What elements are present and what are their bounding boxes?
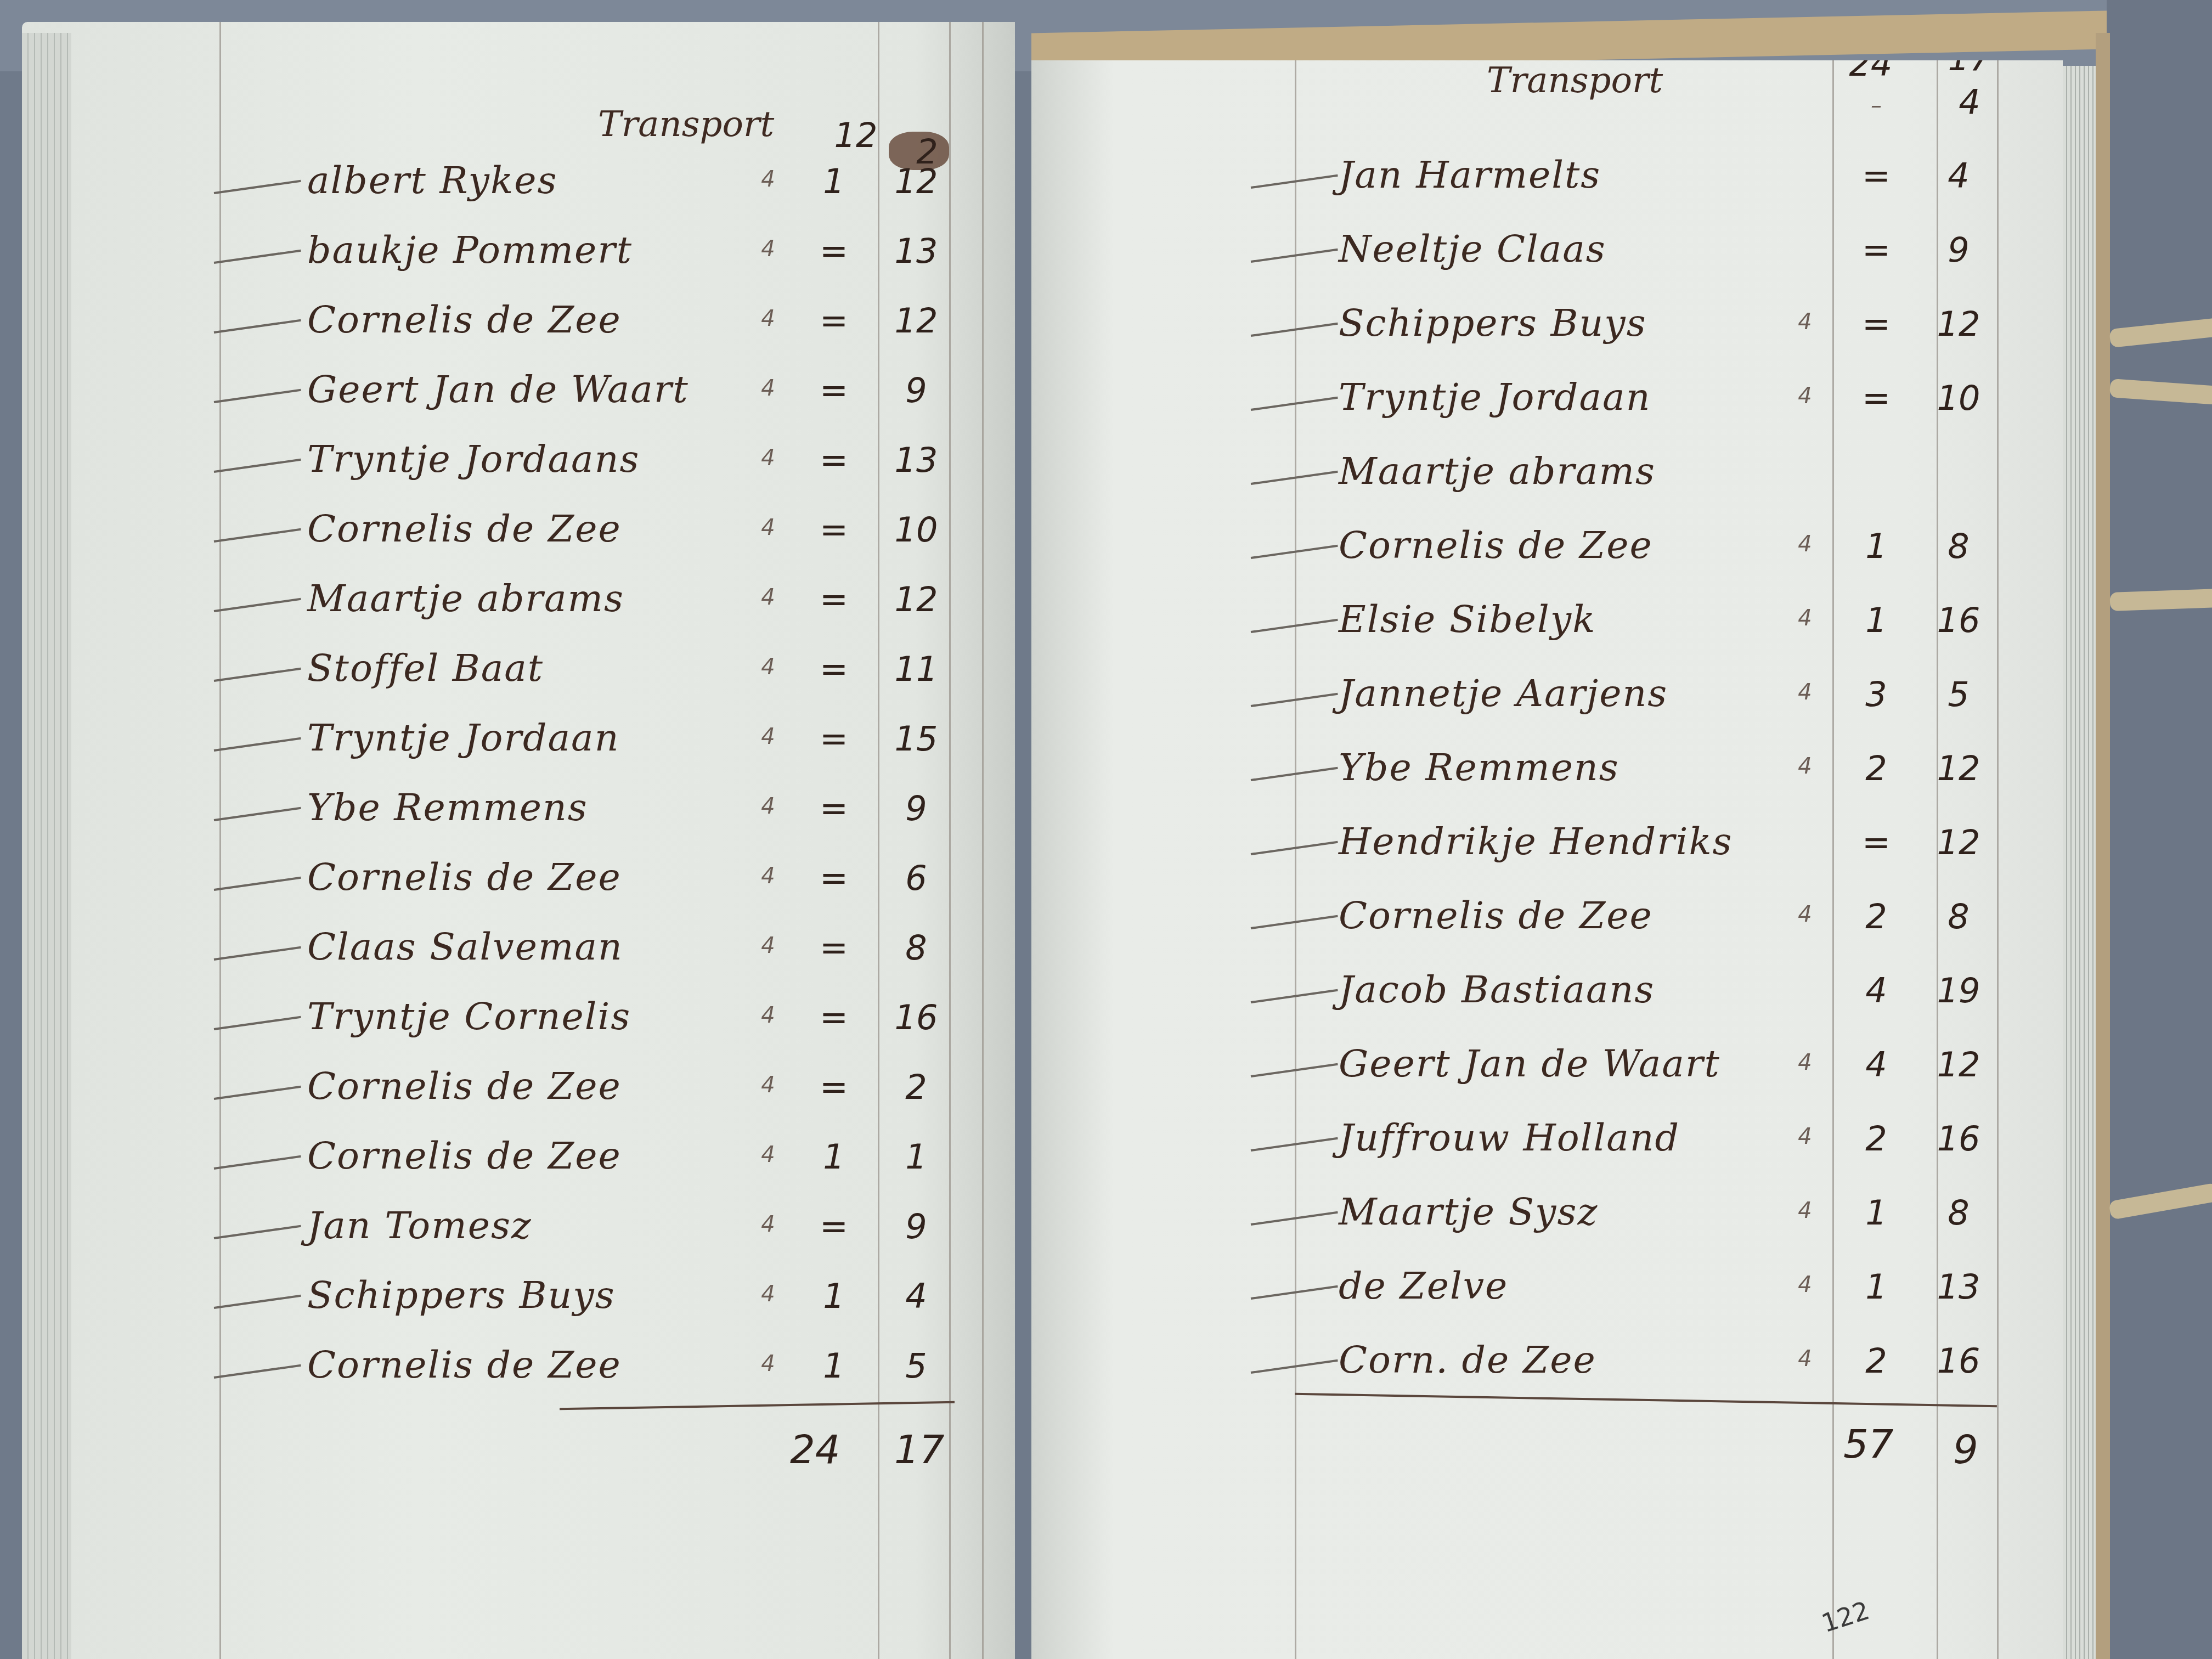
- entry-dash: [1251, 915, 1338, 929]
- entry-dash: [1251, 767, 1338, 781]
- entry-col-2: =: [1854, 230, 1898, 270]
- entry-name: Jan Harmelts: [1339, 154, 1601, 197]
- entry-col-2: =: [812, 928, 856, 968]
- ledger-entry: Ybe Remmens4212: [1031, 741, 2063, 801]
- entry-col-1: 4: [752, 1212, 785, 1237]
- entry-col-3: 15: [889, 719, 944, 759]
- entry-col-3: 12: [889, 161, 944, 201]
- entry-col-3: 16: [889, 997, 944, 1037]
- ledger-entry: Elsie Sibelyk4116: [1031, 592, 2063, 653]
- ledger-entry: Hendrikje Hendriks=12: [1031, 815, 2063, 875]
- entry-name: Maartje abrams: [1339, 450, 1656, 493]
- entry-col-1: 4: [752, 167, 785, 192]
- entry-dash: [1251, 1285, 1338, 1300]
- entry-col-3: 11: [889, 649, 944, 689]
- entry-dash: [1251, 989, 1338, 1003]
- entry-name: Tryntje Jordaan: [307, 716, 619, 760]
- entry-col-2: 4: [1854, 1045, 1898, 1085]
- ledger-entry: albert Rykes4112: [22, 154, 1015, 214]
- entry-col-2: 1: [812, 1346, 856, 1386]
- entry-name: Juffrouw Holland: [1339, 1116, 1680, 1160]
- entry-col-2: 2: [1854, 1341, 1898, 1381]
- entry-col-3: 12: [1931, 822, 1986, 862]
- entry-col-3: 16: [1931, 1341, 1986, 1381]
- entry-col-1: 4: [1788, 680, 1821, 705]
- entry-col-1: 4: [752, 515, 785, 540]
- entry-col-1: 4: [752, 864, 785, 889]
- entry-dash: [1251, 471, 1338, 485]
- right-page-stack: [2063, 66, 2096, 1659]
- entry-col-1: 4: [1788, 383, 1821, 409]
- ledger-entry: Cornelis de Zee411: [22, 1129, 1015, 1189]
- ledger-entry: de Zelve4113: [1031, 1259, 2063, 1319]
- ledger-entry: Jan Tomesz4=9: [22, 1199, 1015, 1259]
- ledger-entry: Neeltje Claas=9: [1031, 222, 2063, 283]
- entry-col-3: 13: [1931, 1267, 1986, 1307]
- entry-col-3: 12: [1931, 748, 1986, 788]
- ledger-entry: Cornelis de Zee418: [1031, 518, 2063, 579]
- right-header: Transport: [1487, 60, 1663, 101]
- right-header-amount-b: 17: [1942, 60, 1997, 78]
- entry-col-1: 4: [752, 933, 785, 958]
- entry-name: baukje Pommert: [307, 229, 633, 272]
- entry-col-3: 1: [889, 1137, 944, 1177]
- left-total-a: 24: [790, 1426, 840, 1472]
- entry-dash: [214, 459, 301, 473]
- entry-col-3: 6: [889, 858, 944, 898]
- entry-dash: [1251, 323, 1338, 337]
- entry-col-2: =: [812, 1067, 856, 1107]
- entry-dash: [214, 598, 301, 612]
- book-cover-edge: [2096, 33, 2110, 1659]
- ledger-entry: Maartje abrams4=12: [22, 572, 1015, 632]
- entry-col-2: 2: [1854, 748, 1898, 788]
- entry-col-1: 4: [1788, 1050, 1821, 1075]
- entry-col-1: 4: [1788, 1198, 1821, 1223]
- ledger-entry: Cornelis de Zee415: [22, 1338, 1015, 1398]
- entry-col-3: 9: [889, 1206, 944, 1246]
- entry-col-2: =: [812, 858, 856, 898]
- entry-name: Tryntje Jordaan: [1339, 376, 1651, 419]
- entry-name: Maartje abrams: [307, 577, 624, 620]
- entry-col-2: =: [812, 788, 856, 828]
- entry-name: Cornelis de Zee: [307, 856, 622, 899]
- entry-name: Maartje Sysz: [1339, 1190, 1598, 1234]
- entry-name: Corn. de Zee: [1339, 1339, 1596, 1382]
- entry-col-1: 4: [752, 1073, 785, 1098]
- entry-name: Geert Jan de Waart: [1339, 1042, 1720, 1086]
- ledger-entry: Maartje abrams: [1031, 444, 2063, 505]
- entry-col-3: 16: [1931, 1119, 1986, 1159]
- entry-dash: [214, 1016, 301, 1030]
- ledger-entry: Geert Jan de Waart4412: [1031, 1037, 2063, 1097]
- entry-col-2: 4: [1854, 970, 1898, 1011]
- background-right: [2107, 0, 2212, 1659]
- ledger-entry: Cornelis de Zee4=2: [22, 1059, 1015, 1120]
- entry-dash: [214, 1155, 301, 1170]
- entry-col-2: =: [812, 649, 856, 689]
- entry-col-3: 10: [1931, 378, 1986, 418]
- right-first-line-b: 4: [1942, 82, 1997, 122]
- entry-col-1: 4: [752, 1142, 785, 1167]
- entry-col-2: =: [812, 1206, 856, 1246]
- ledger-entry: Jan Harmelts=4: [1031, 148, 2063, 208]
- entry-col-1: 4: [752, 445, 785, 471]
- entry-col-3: 16: [1931, 600, 1986, 640]
- entry-col-2: =: [812, 510, 856, 550]
- entry-dash: [1251, 1137, 1338, 1152]
- entry-col-2: 2: [1854, 896, 1898, 936]
- entry-dash: [1251, 545, 1338, 559]
- entry-col-3: 8: [1931, 1193, 1986, 1233]
- entry-dash: [214, 1364, 301, 1379]
- entry-name: Schippers Buys: [1339, 302, 1647, 345]
- entry-col-3: 12: [889, 579, 944, 619]
- entry-col-1: 4: [1788, 309, 1821, 335]
- entry-col-2: =: [812, 579, 856, 619]
- entry-name: Cornelis de Zee: [1339, 894, 1653, 938]
- ledger-entry: Jacob Bastiaans419: [1031, 963, 2063, 1023]
- entry-col-1: 4: [1788, 754, 1821, 779]
- entry-dash: [1251, 619, 1338, 633]
- entry-col-2: 3: [1854, 674, 1898, 714]
- right-total-rule: [1295, 1393, 1997, 1407]
- entry-col-1: 4: [752, 585, 785, 610]
- entry-col-3: 9: [889, 788, 944, 828]
- entry-col-3: 13: [889, 440, 944, 480]
- entry-col-2: 1: [1854, 1267, 1898, 1307]
- entry-col-1: 4: [1788, 532, 1821, 557]
- entry-col-1: 4: [752, 1351, 785, 1376]
- entry-dash: [214, 319, 301, 334]
- entry-col-1: 4: [752, 794, 785, 819]
- entry-col-2: =: [812, 997, 856, 1037]
- entry-dash: [214, 528, 301, 543]
- entry-dash: [1251, 1063, 1338, 1077]
- entry-col-3: 19: [1931, 970, 1986, 1011]
- ledger-entry: Tryntje Jordaan4=10: [1031, 370, 2063, 431]
- entry-name: Tryntje Cornelis: [307, 995, 631, 1039]
- entry-col-2: =: [812, 440, 856, 480]
- entry-dash: [214, 180, 301, 194]
- entry-col-2: =: [1854, 822, 1898, 862]
- entry-col-2: 1: [812, 161, 856, 201]
- entry-name: Geert Jan de Waart: [307, 368, 689, 411]
- entry-col-3: 4: [889, 1276, 944, 1316]
- entry-col-3: 10: [889, 510, 944, 550]
- ledger-entry: Ybe Remmens4=9: [22, 781, 1015, 841]
- right-total-a: 57: [1843, 1421, 1894, 1467]
- entry-col-1: 4: [1788, 1124, 1821, 1149]
- entry-dash: [1251, 693, 1338, 707]
- entry-col-2: 1: [1854, 526, 1898, 566]
- entry-col-3: 13: [889, 231, 944, 271]
- left-header-amount-a: 12: [834, 115, 878, 155]
- entry-name: Jannetje Aarjens: [1339, 672, 1668, 715]
- entry-name: Claas Salveman: [307, 926, 623, 969]
- entry-col-3: 8: [1931, 526, 1986, 566]
- entry-col-1: 4: [752, 306, 785, 331]
- entry-col-3: 12: [1931, 1045, 1986, 1085]
- entry-dash: [214, 877, 301, 891]
- left-page: Transport 12 2 albert Rykes4112baukje Po…: [22, 22, 1015, 1659]
- left-total-rule: [560, 1401, 955, 1410]
- right-header-amount-a: 24: [1843, 60, 1898, 84]
- entry-name: Neeltje Claas: [1339, 228, 1606, 271]
- entry-dash: [1251, 1211, 1338, 1226]
- entry-col-2: =: [1854, 304, 1898, 344]
- entry-col-2: 1: [812, 1137, 856, 1177]
- entry-dash: [214, 807, 301, 821]
- right-first-line-a: –: [1854, 93, 1898, 119]
- entry-col-2: =: [812, 370, 856, 410]
- entry-col-2: =: [812, 231, 856, 271]
- entry-name: Jan Tomesz: [307, 1204, 532, 1248]
- entry-col-3: 12: [889, 301, 944, 341]
- ledger-entry: Cornelis de Zee4=6: [22, 850, 1015, 911]
- entry-col-3: 12: [1931, 304, 1986, 344]
- entry-col-2: =: [812, 301, 856, 341]
- entry-name: Cornelis de Zee: [1339, 524, 1653, 567]
- entry-col-2: 1: [1854, 600, 1898, 640]
- left-page-stack: [22, 33, 71, 1659]
- ledger-entry: Maartje Sysz418: [1031, 1185, 2063, 1245]
- ledger-entry: Juffrouw Holland4216: [1031, 1111, 2063, 1171]
- entry-col-1: 4: [752, 1003, 785, 1028]
- right-total-b: 9: [1953, 1426, 1978, 1472]
- ledger-entry: Cornelis de Zee4=10: [22, 502, 1015, 562]
- entry-dash: [214, 1295, 301, 1309]
- entry-name: Ybe Remmens: [307, 786, 588, 830]
- entry-col-1: 4: [1788, 606, 1821, 631]
- entry-name: Cornelis de Zee: [307, 1065, 622, 1108]
- entry-col-1: 4: [1788, 1346, 1821, 1372]
- right-page: Transport 24 17 – 4 Jan Harmelts=4Neeltj…: [1031, 60, 2063, 1659]
- entry-col-1: 4: [752, 376, 785, 401]
- entry-col-3: 8: [889, 928, 944, 968]
- left-total-b: 17: [894, 1426, 945, 1472]
- left-header: Transport: [598, 104, 774, 145]
- entry-dash: [1251, 397, 1338, 411]
- entry-col-2: 2: [1854, 1119, 1898, 1159]
- entry-dash: [214, 389, 301, 403]
- entry-dash: [1251, 841, 1338, 855]
- entry-dash: [214, 737, 301, 752]
- entry-name: de Zelve: [1339, 1265, 1508, 1308]
- entry-name: Jacob Bastiaans: [1339, 968, 1655, 1012]
- entry-col-3: 9: [1931, 230, 1986, 270]
- entry-name: Cornelis de Zee: [307, 507, 622, 551]
- ledger-entry: Tryntje Cornelis4=16: [22, 990, 1015, 1050]
- entry-dash: [214, 946, 301, 961]
- entry-dash: [214, 668, 301, 682]
- page-number: 122: [1818, 1595, 1873, 1638]
- entry-dash: [1251, 249, 1338, 263]
- entry-name: Tryntje Jordaans: [307, 438, 640, 481]
- ledger-entry: Cornelis de Zee4=12: [22, 293, 1015, 353]
- entry-dash: [1251, 174, 1338, 189]
- entry-name: Hendrikje Hendriks: [1339, 820, 1733, 864]
- entry-col-3: 2: [889, 1067, 944, 1107]
- entry-col-1: 4: [752, 236, 785, 262]
- entry-col-1: 4: [1788, 902, 1821, 927]
- ledger-entry: Tryntje Jordaan4=15: [22, 711, 1015, 771]
- entry-col-1: 4: [752, 724, 785, 749]
- entry-name: Cornelis de Zee: [307, 298, 622, 342]
- entry-dash: [214, 250, 301, 264]
- entry-name: Schippers Buys: [307, 1274, 616, 1317]
- entry-name: Cornelis de Zee: [307, 1344, 622, 1387]
- entry-col-1: 4: [1788, 1272, 1821, 1297]
- ledger-entry: Cornelis de Zee428: [1031, 889, 2063, 949]
- entry-name: Cornelis de Zee: [307, 1135, 622, 1178]
- entry-dash: [1251, 1359, 1338, 1374]
- ledger-entry: Claas Salveman4=8: [22, 920, 1015, 980]
- entry-col-2: 1: [812, 1276, 856, 1316]
- ledger-entry: Corn. de Zee4216: [1031, 1333, 2063, 1393]
- ledger-entry: Schippers Buys414: [22, 1268, 1015, 1329]
- ledger-entry: Stoffel Baat4=11: [22, 641, 1015, 702]
- entry-col-3: 5: [889, 1346, 944, 1386]
- entry-name: Ybe Remmens: [1339, 746, 1620, 789]
- entry-name: Elsie Sibelyk: [1339, 598, 1596, 641]
- entry-dash: [214, 1086, 301, 1100]
- entry-col-2: =: [1854, 156, 1898, 196]
- entry-col-3: 4: [1931, 156, 1986, 196]
- entry-col-1: 4: [752, 1282, 785, 1307]
- entry-name: Stoffel Baat: [307, 647, 544, 690]
- entry-dash: [214, 1225, 301, 1239]
- entry-col-1: 4: [752, 654, 785, 680]
- entry-name: albert Rykes: [307, 159, 557, 202]
- ledger-entry: Schippers Buys4=12: [1031, 296, 2063, 357]
- ledger-entry: Geert Jan de Waart4=9: [22, 363, 1015, 423]
- entry-col-3: 9: [889, 370, 944, 410]
- entry-col-2: 1: [1854, 1193, 1898, 1233]
- entry-col-3: 5: [1931, 674, 1986, 714]
- entry-col-2: =: [1854, 378, 1898, 418]
- ledger-entry: baukje Pommert4=13: [22, 223, 1015, 284]
- entry-col-2: =: [812, 719, 856, 759]
- entry-col-3: 8: [1931, 896, 1986, 936]
- ledger-entry: Tryntje Jordaans4=13: [22, 432, 1015, 493]
- ribbon-marker-3: [2109, 589, 2212, 611]
- ledger-entry: Jannetje Aarjens435: [1031, 667, 2063, 727]
